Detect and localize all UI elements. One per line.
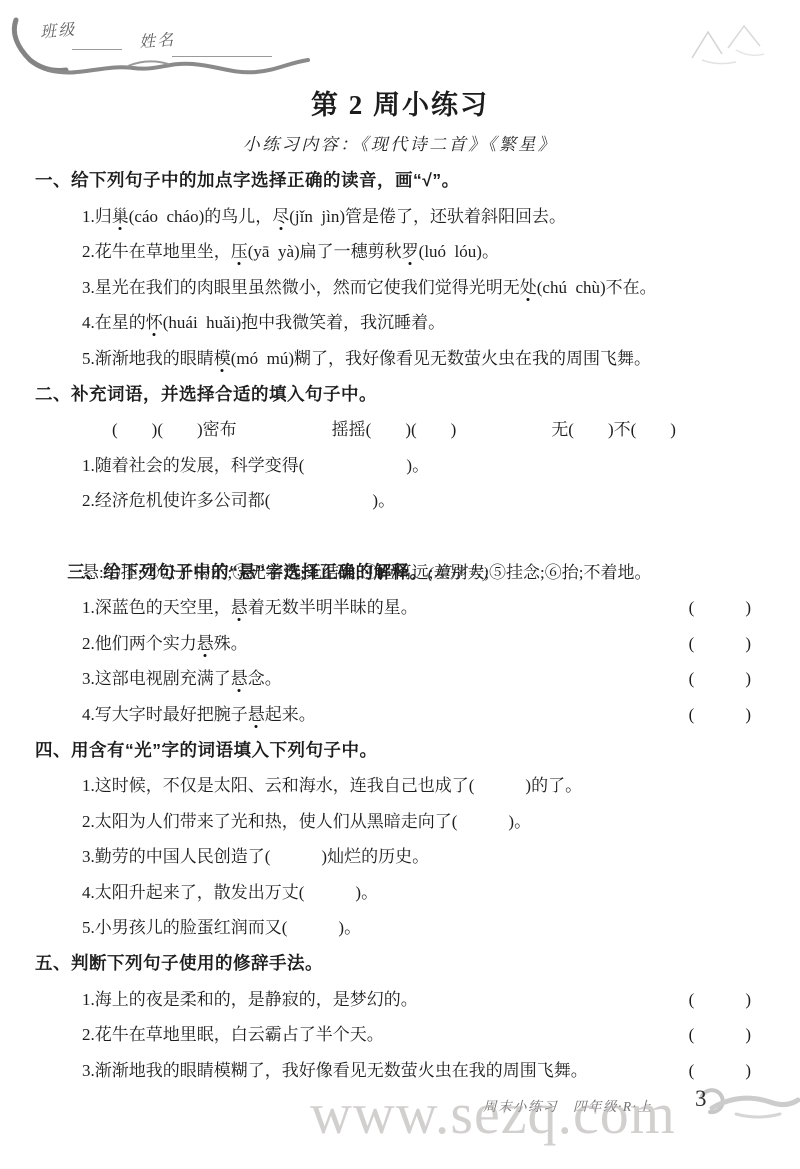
mountains-icon [686, 18, 776, 70]
q2-item-1: 1.随着社会的发展，科学变得( )。 [0, 448, 800, 484]
answer-blank: ( ) [689, 697, 751, 733]
q1-item-2: 2.花牛在草地里坐，压(yā yà)扁了一穗剪秋罗(luó lóu)。 [0, 234, 800, 270]
q4-item-4: 4.太阳升起来了，散发出万丈( )。 [0, 875, 800, 911]
q3-item-3-text: 3.这部电视剧充满了悬念。 [82, 661, 282, 697]
q1-item-4: 4.在星的怀(huái huǎi)抱中我微笑着，我沉睡着。 [0, 305, 800, 341]
answer-blank: ( ) [689, 982, 751, 1018]
class-blank-line [72, 49, 122, 50]
answer-blank: ( ) [689, 661, 751, 697]
q4-item-1: 1.这时候，不仅是太阳、云和海水，连我自己也成了( )的了。 [0, 768, 800, 804]
section-5-heading: 五、判断下列句子使用的修辞手法。 [0, 946, 800, 982]
q4-item-3: 3.勤劳的中国人民创造了( )灿烂的历史。 [0, 839, 800, 875]
q3-item-2: 2.他们两个实力悬殊。 ( ) [0, 626, 800, 662]
q3-item-4: 4.写大字时最好把腕子悬起来。 ( ) [0, 697, 800, 733]
page-number: 3 [695, 1086, 707, 1112]
q2-word-blanks: ( )( )密布 摇摇( )( ) 无( )不( ) [0, 412, 800, 448]
q5-item-1: 1.海上的夜是柔和的，是静寂的，是梦幻的。 ( ) [0, 982, 800, 1018]
q2-item-2: 2.经济危机使许多公司都( )。 [0, 483, 800, 519]
q3-item-1: 1.深蓝色的天空里，悬着无数半明半昧的星。 ( ) [0, 590, 800, 626]
page-subtitle: 小练习内容：《现代诗二首》《繁星》 [0, 126, 800, 163]
q3-definitions: 悬:①挂;②公开揭示;③无着落;无结果;④距离远;差别大;⑤挂念;⑥抬;不着地。 [0, 555, 800, 591]
answer-blank: ( ) [689, 590, 751, 626]
section-4-heading: 四、用含有“光”字的词语填入下列句子中。 [0, 733, 800, 769]
q3-item-1-text: 1.深蓝色的天空里，悬着无数半明半昧的星。 [82, 590, 418, 626]
q1-item-1: 1.归巢(cáo cháo)的鸟儿，尽(jǐn jìn)管是倦了，还驮着斜阳回去… [0, 199, 800, 235]
word-blank-3: 无( )不( ) [551, 412, 676, 448]
footer-book-label: 周末小练习 四年级·R·上 [483, 1095, 653, 1115]
class-label: 班级 [39, 16, 77, 42]
answer-blank: ( ) [689, 626, 751, 662]
word-blank-1: ( )( )密布 [112, 412, 237, 448]
q1-item-3: 3.星光在我们的肉眼里虽然微小，然而它使我们觉得光明无处(chú chù)不在。 [0, 270, 800, 306]
answer-blank: ( ) [689, 1017, 751, 1053]
q1-item-5: 5.渐渐地我的眼睛模(mó mú)糊了，我好像看见无数萤火虫在我的周围飞舞。 [0, 341, 800, 377]
q3-item-4-text: 4.写大字时最好把腕子悬起来。 [82, 697, 316, 733]
worksheet-content: 第 2 周小练习 小练习内容：《现代诗二首》《繁星》 一、给下列句子中的加点字选… [0, 0, 800, 1088]
name-label: 姓名 [138, 27, 176, 52]
section-1-heading: 一、给下列句子中的加点字选择正确的读音，画“√”。 [0, 163, 800, 199]
q3-item-3: 3.这部电视剧充满了悬念。 ( ) [0, 661, 800, 697]
q3-item-2-text: 2.他们两个实力悬殊。 [82, 626, 248, 662]
q5-item-1-text: 1.海上的夜是柔和的，是静寂的，是梦幻的。 [82, 982, 418, 1018]
class-name-header: 班级 姓名 [8, 10, 308, 80]
name-blank-line [172, 56, 272, 57]
section-3-heading: 三、给下列句子中的“悬”字选择正确的解释。(填序号) [0, 519, 800, 555]
page-title: 第 2 周小练习 [0, 84, 800, 126]
q5-item-2: 2.花牛在草地里眠，白云霸占了半个天。 ( ) [0, 1017, 800, 1053]
q4-item-2: 2.太阳为人们带来了光和热，使人们从黑暗走向了( )。 [0, 804, 800, 840]
q4-item-5: 5.小男孩儿的脸蛋红润而又( )。 [0, 910, 800, 946]
worksheet-page: 班级 姓名 第 2 周小练习 小练习内容：《现代诗二首》《繁星》 一、给下列句子… [0, 0, 800, 1169]
q5-item-3-text: 3.渐渐地我的眼睛模糊了，我好像看见无数萤火虫在我的周围飞舞。 [82, 1053, 588, 1089]
word-blank-2: 摇摇( )( ) [332, 412, 457, 448]
q5-item-2-text: 2.花牛在草地里眠，白云霸占了半个天。 [82, 1017, 384, 1053]
section-2-heading: 二、补充词语，并选择合适的填入句子中。 [0, 377, 800, 413]
